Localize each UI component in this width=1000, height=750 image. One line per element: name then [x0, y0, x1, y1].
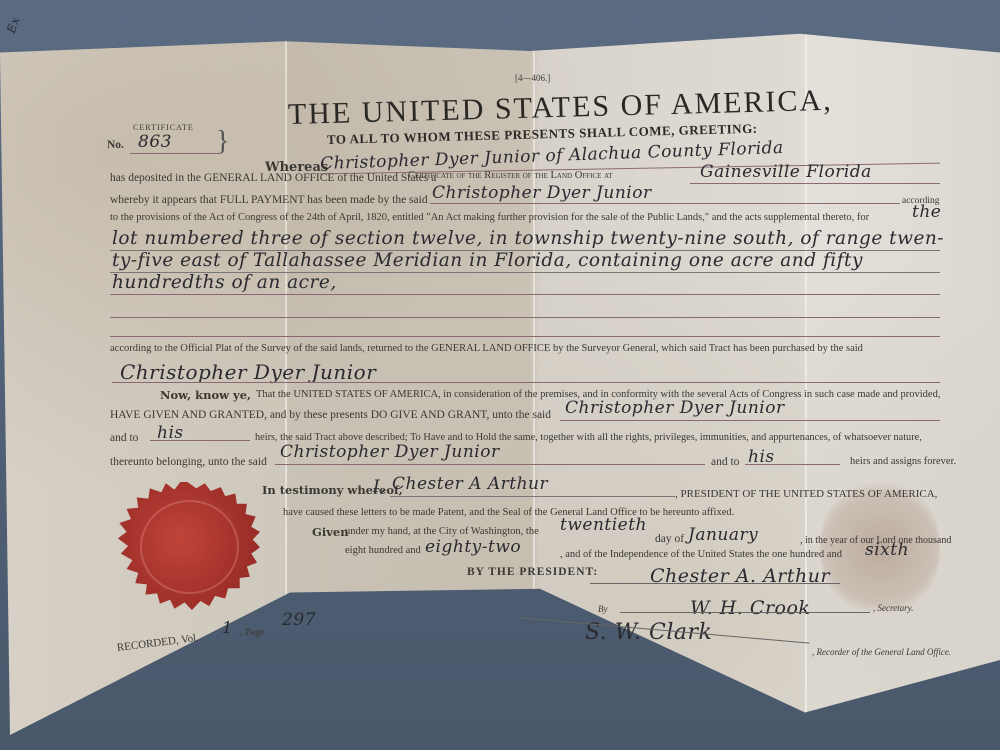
certificate-no-label: No.: [107, 139, 124, 151]
form-number: [4—406.]: [515, 73, 550, 83]
page-number: 297: [282, 610, 316, 630]
land-description-1: lot numbered three of section twelve, in…: [112, 228, 944, 249]
text-line: have caused these letters to be made Pat…: [283, 507, 734, 518]
text-line: HAVE GIVEN AND GRANTED, and by these pre…: [110, 409, 551, 421]
text-line: according to the Official Plat of the Su…: [110, 343, 863, 354]
year-value: eighty-two: [425, 537, 521, 557]
text-line: has deposited in the GENERAL LAND OFFICE…: [110, 172, 436, 184]
grantee-name: Christopher Dyer Junior: [432, 183, 652, 203]
text-line: Certificate of the Register of the Land …: [408, 170, 613, 181]
grantee-name: Christopher Dyer Junior: [280, 442, 500, 462]
month-value: January: [688, 525, 758, 545]
certificate-label: CERTIFICATE: [133, 123, 194, 132]
grantee-name: Christopher Dyer Junior: [565, 398, 785, 418]
land-description-3: hundredths of an acre,: [112, 272, 337, 293]
day-value: twentieth: [560, 515, 647, 535]
text-line: to the provisions of the Act of Congress…: [110, 212, 869, 223]
certificate-number: 863: [138, 132, 172, 152]
independence-year: sixth: [865, 540, 909, 560]
corner-mark: Ex: [4, 15, 23, 35]
president-name: Chester A Arthur: [392, 474, 548, 494]
grantee-name: Christopher Dyer Junior: [120, 360, 376, 384]
land-description-2: ty-five east of Tallahassee Meridian in …: [112, 250, 863, 271]
land-office: Gainesville Florida: [700, 162, 872, 182]
volume-number: 1: [222, 618, 233, 637]
text-line: whereby it appears that FULL PAYMENT has…: [110, 194, 428, 206]
secretary-signature: W. H. Crook: [690, 597, 810, 619]
